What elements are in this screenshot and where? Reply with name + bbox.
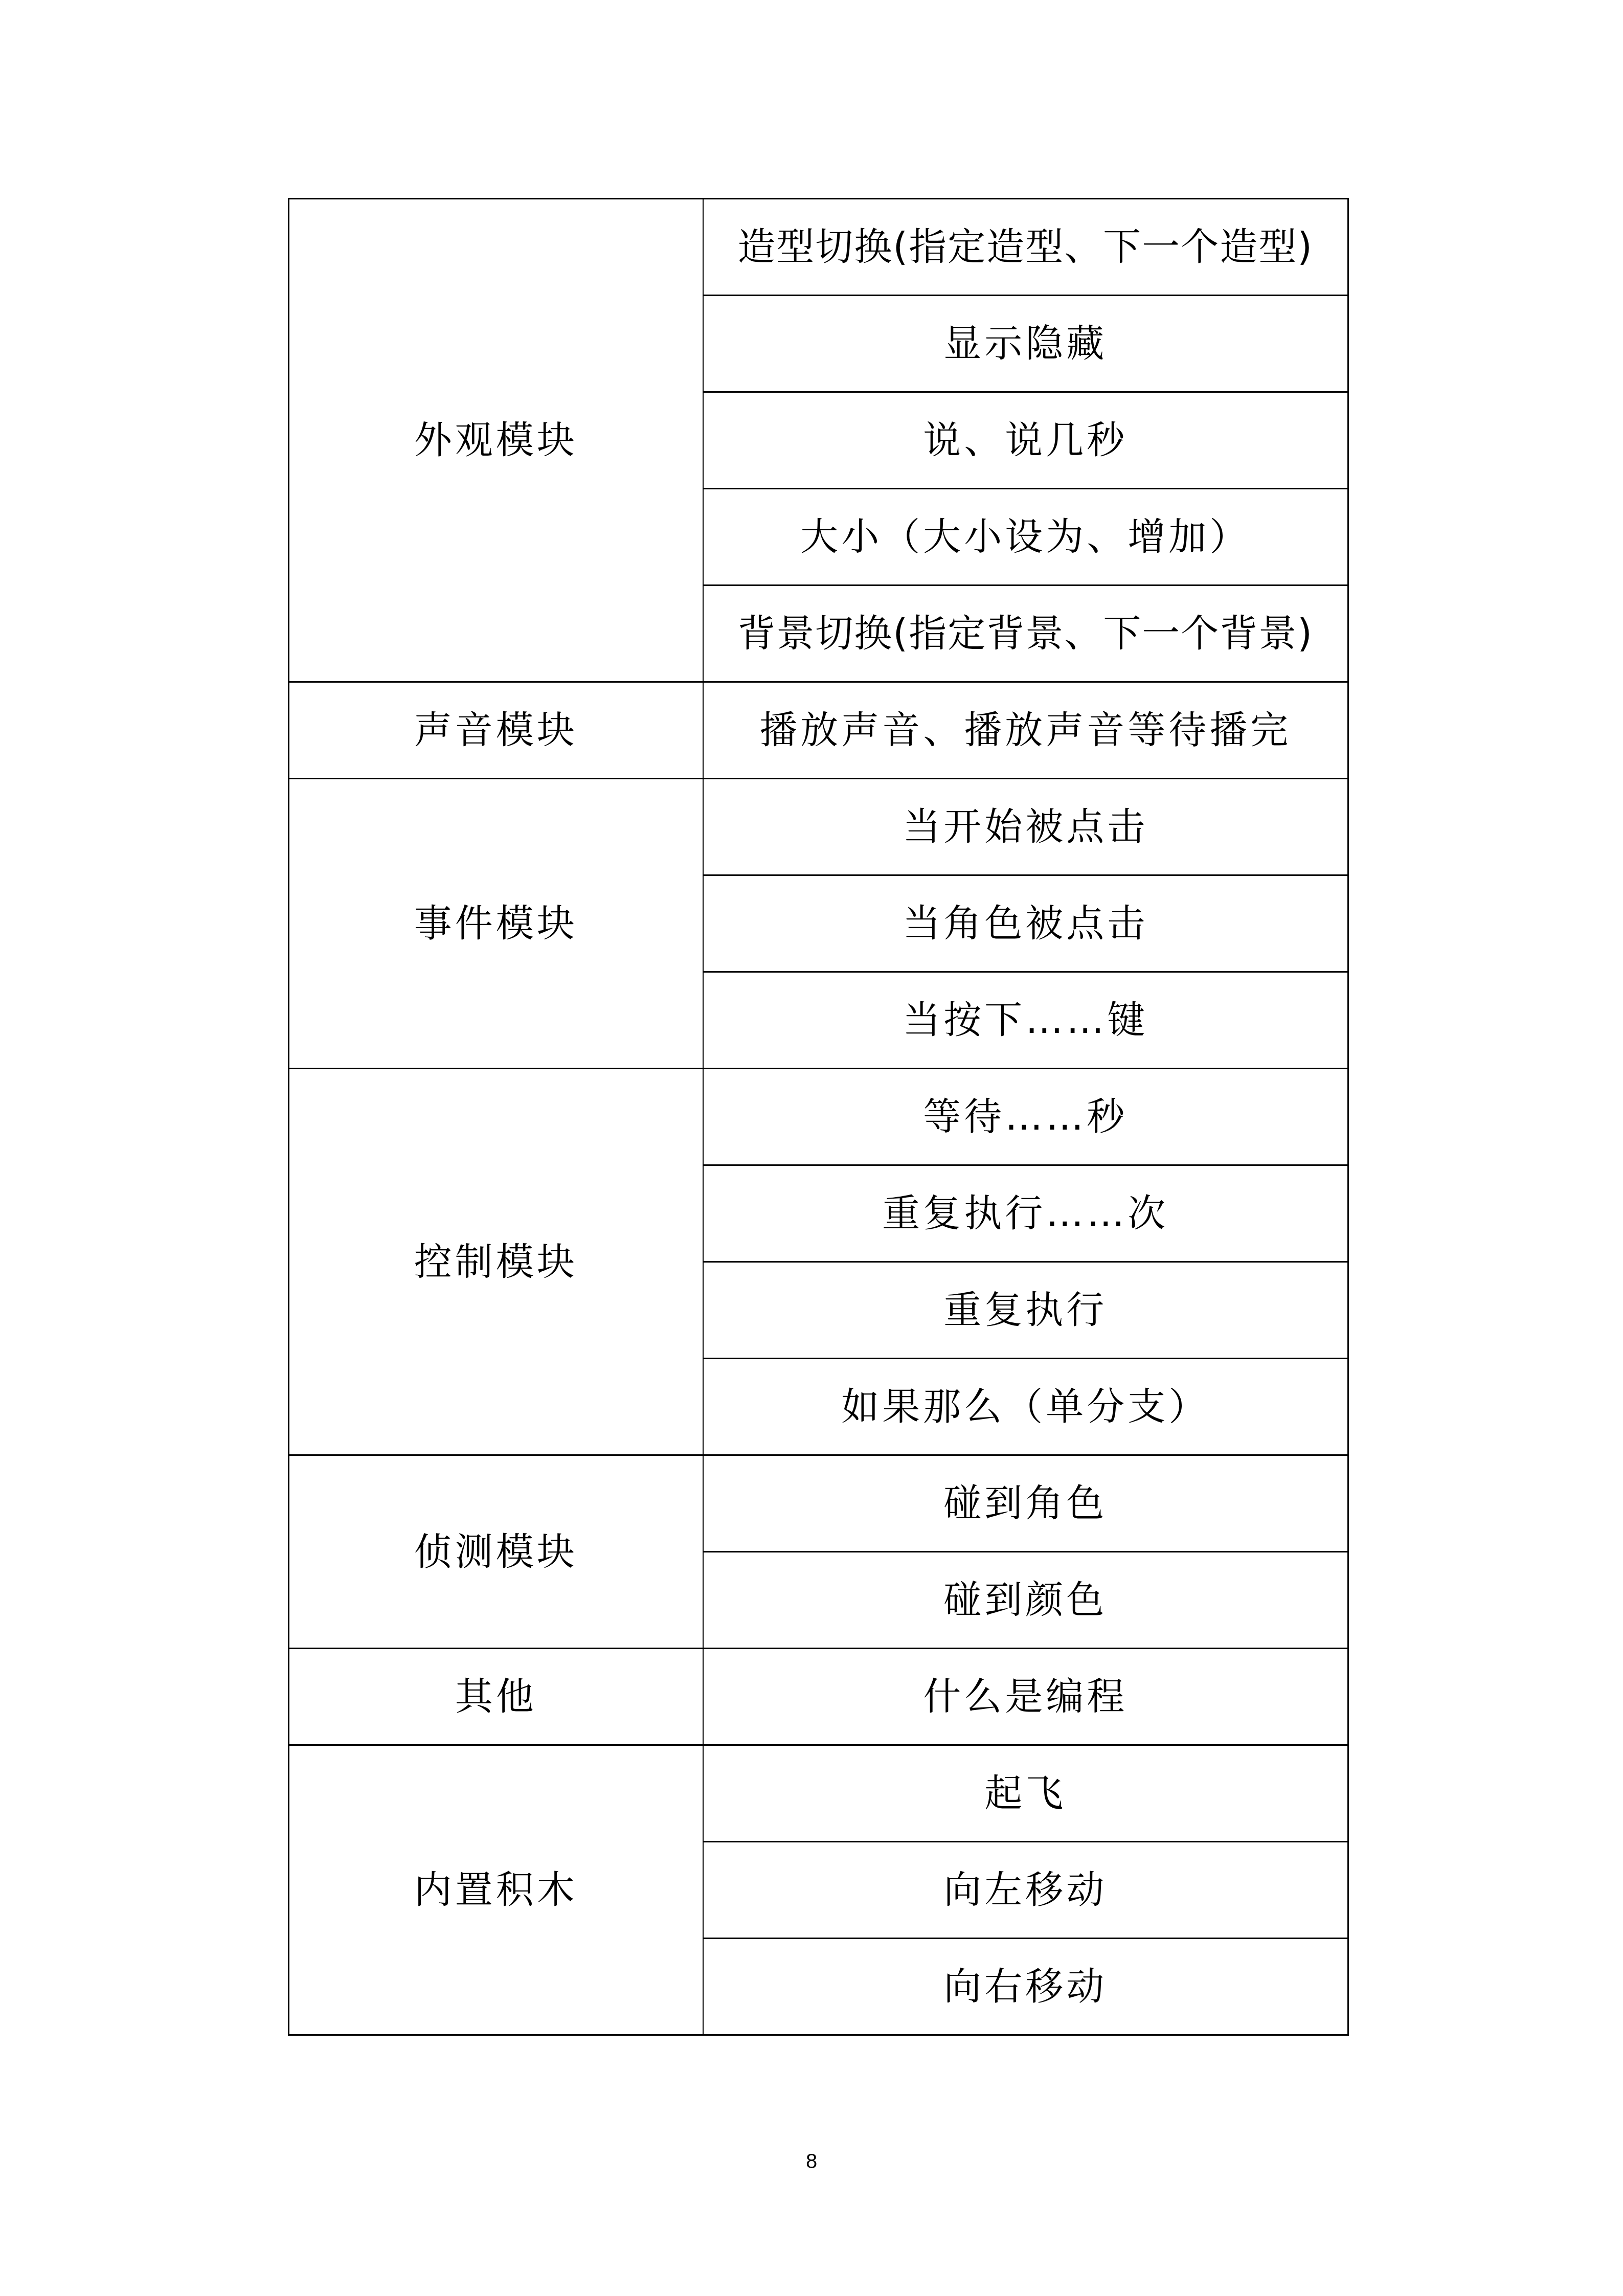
item-cell: 起飞 (703, 1745, 1348, 1842)
item-cell: 当开始被点击 (703, 779, 1348, 875)
document-page: 外观模块 造型切换(指定造型、下一个造型) 显示隐藏 说、说几秒 大小（大小设为… (0, 0, 1623, 2296)
item-cell: 说、说几秒 (703, 392, 1348, 489)
item-cell: 碰到角色 (703, 1455, 1348, 1552)
item-cell: 碰到颜色 (703, 1552, 1348, 1649)
table-row: 声音模块 播放声音、播放声音等待播完 (289, 682, 1348, 779)
table-row: 外观模块 造型切换(指定造型、下一个造型) (289, 199, 1348, 296)
table-row: 侦测模块 碰到角色 (289, 1455, 1348, 1552)
category-cell-builtin-blocks: 内置积木 (289, 1745, 703, 2035)
item-cell: 如果那么（单分支） (703, 1359, 1348, 1455)
table-row: 内置积木 起飞 (289, 1745, 1348, 1842)
item-cell: 当按下……键 (703, 972, 1348, 1069)
item-cell: 重复执行 (703, 1262, 1348, 1359)
table-row: 控制模块 等待……秒 (289, 1069, 1348, 1165)
item-cell: 向左移动 (703, 1842, 1348, 1939)
item-cell: 造型切换(指定造型、下一个造型) (703, 199, 1348, 296)
item-cell: 重复执行……次 (703, 1165, 1348, 1262)
item-cell: 大小（大小设为、增加） (703, 489, 1348, 586)
page-number: 8 (0, 2150, 1623, 2173)
block-curriculum-table: 外观模块 造型切换(指定造型、下一个造型) 显示隐藏 说、说几秒 大小（大小设为… (288, 198, 1349, 2036)
category-cell-other: 其他 (289, 1649, 703, 1745)
item-cell: 背景切换(指定背景、下一个背景) (703, 586, 1348, 682)
table-row: 其他 什么是编程 (289, 1649, 1348, 1745)
item-cell: 当角色被点击 (703, 875, 1348, 972)
table-row: 事件模块 当开始被点击 (289, 779, 1348, 875)
category-cell-sensing: 侦测模块 (289, 1455, 703, 1649)
item-cell: 显示隐藏 (703, 296, 1348, 392)
category-cell-sound: 声音模块 (289, 682, 703, 779)
item-cell: 等待……秒 (703, 1069, 1348, 1165)
item-cell: 什么是编程 (703, 1649, 1348, 1745)
category-cell-control: 控制模块 (289, 1069, 703, 1455)
category-cell-appearance: 外观模块 (289, 199, 703, 682)
item-cell: 向右移动 (703, 1939, 1348, 2035)
category-cell-events: 事件模块 (289, 779, 703, 1069)
item-cell: 播放声音、播放声音等待播完 (703, 682, 1348, 779)
